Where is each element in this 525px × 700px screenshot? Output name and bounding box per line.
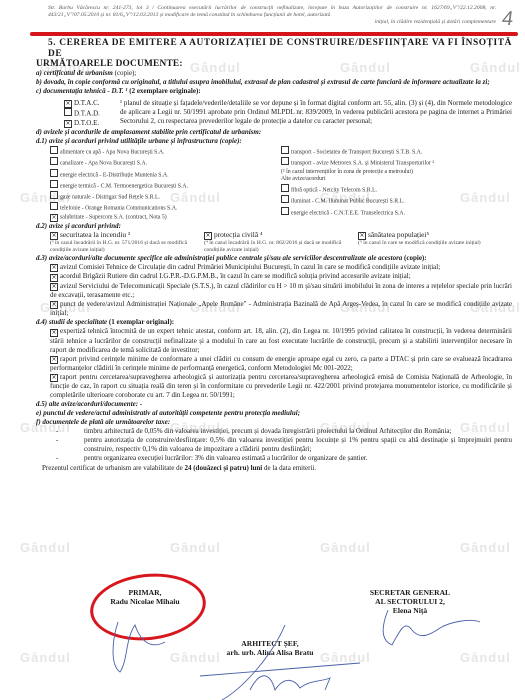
secretary-signature-scribble (383, 610, 480, 645)
document-page: GândulGândulGândulGândulGândulGândulGând… (0, 0, 525, 700)
architect-signature-scribble (200, 625, 360, 700)
handwritten-signatures (0, 0, 525, 700)
mayor-signature-scribble (113, 622, 165, 672)
